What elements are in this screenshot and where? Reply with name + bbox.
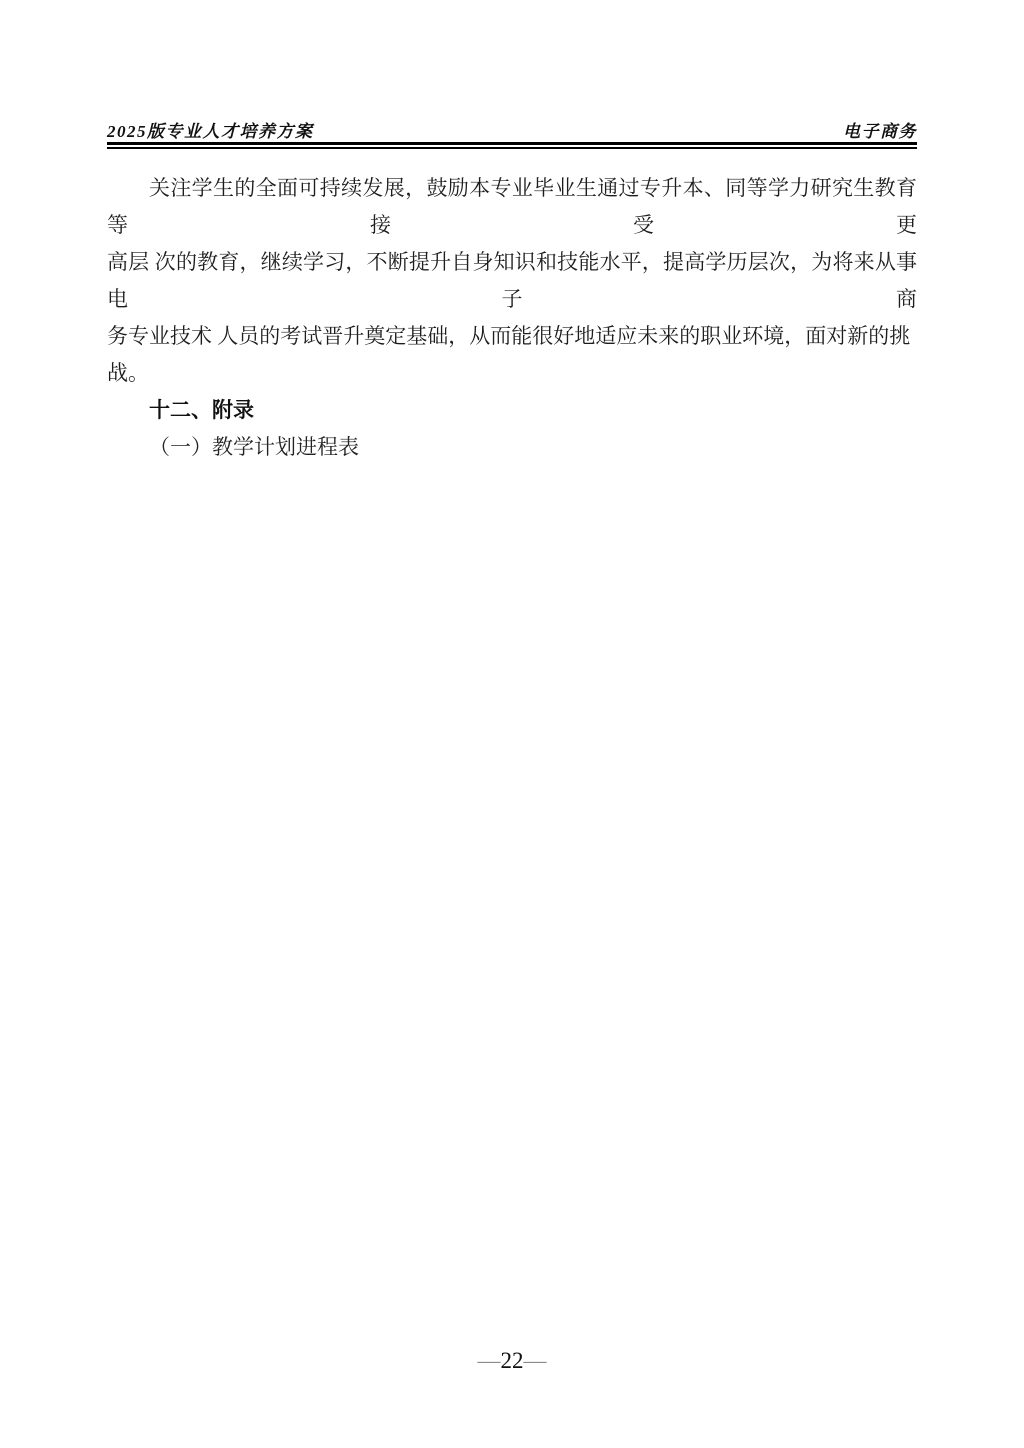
paragraph-line: 高层 次的教育，继续学习，不断提升自身知识和技能水平，提高学历层次，为将来从事电…	[107, 244, 917, 318]
section-heading: 十二、附录	[107, 392, 917, 429]
header-rule	[107, 142, 917, 149]
document-page: 2025版专业人才培养方案 电子商务 关注学生的全面可持续发展，鼓励本专业毕业生…	[0, 0, 1024, 1448]
subsection-label: （一）教学计划进程表	[107, 429, 917, 466]
page-number: 22	[501, 1348, 524, 1373]
paragraph-line: 务专业技术 人员的考试晋升奠定基础，从而能很好地适应未来的职业环境，面对新的挑战…	[107, 318, 917, 392]
page-number-dash-left: —	[478, 1348, 501, 1373]
document-body: 关注学生的全面可持续发展，鼓励本专业毕业生通过专升本、同等学力研究生教育等接受更…	[107, 170, 917, 466]
paragraph-line: 关注学生的全面可持续发展，鼓励本专业毕业生通过专升本、同等学力研究生教育等接受更	[107, 170, 917, 244]
header-right-title: 电子商务	[843, 117, 917, 142]
header-left-title: 2025版专业人才培养方案	[107, 117, 314, 142]
page-number-dash-right: —	[524, 1348, 547, 1373]
page-footer: —22—	[0, 1348, 1024, 1374]
page-header: 2025版专业人才培养方案 电子商务	[107, 116, 917, 142]
